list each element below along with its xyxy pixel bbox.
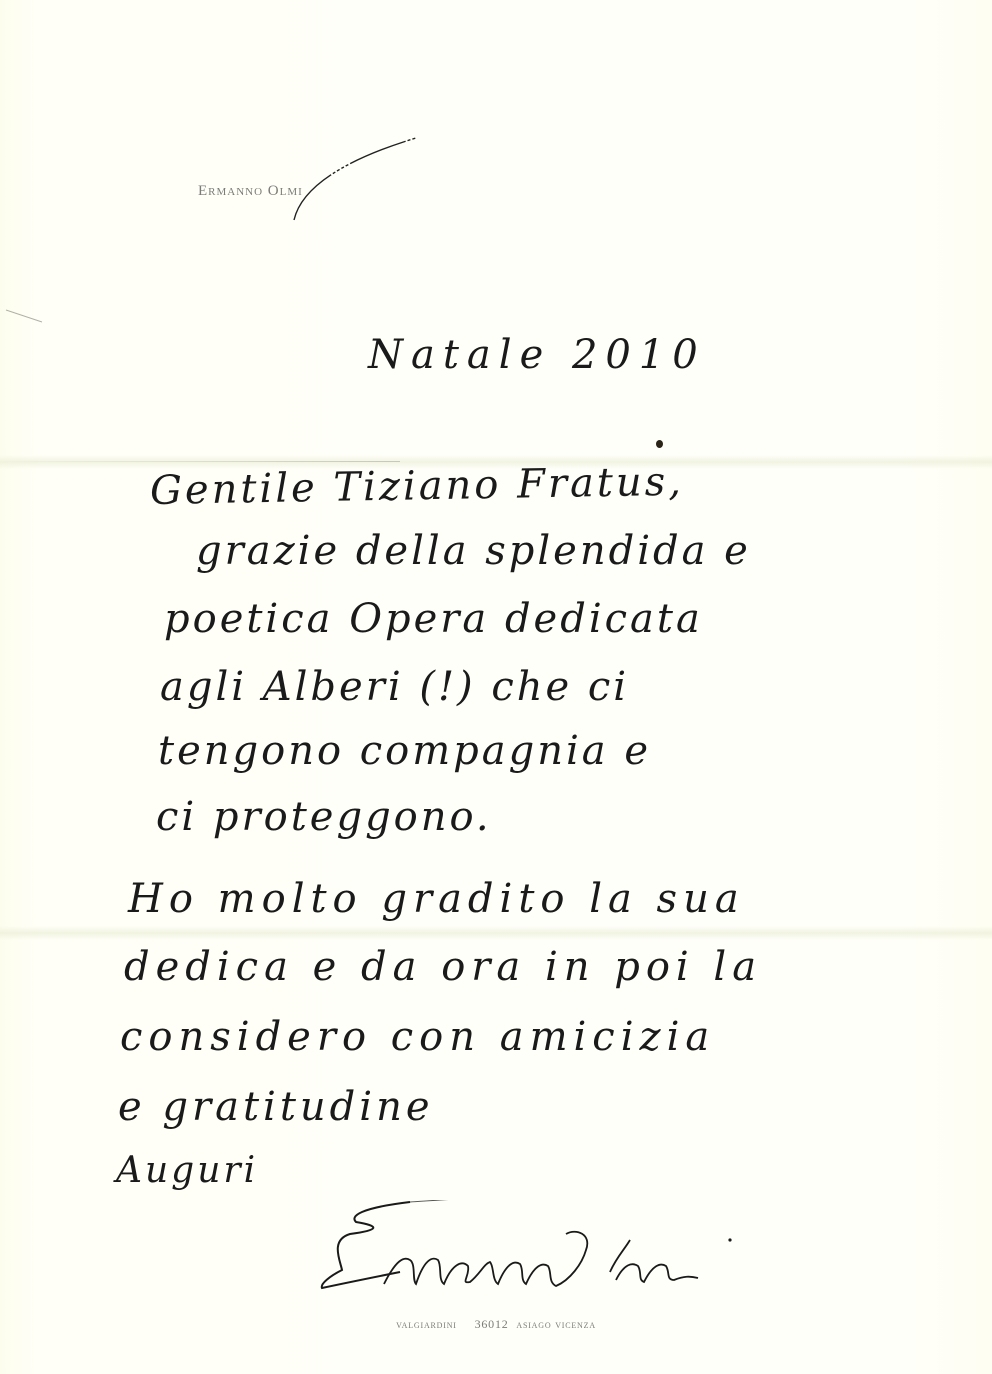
address-postcode: 36012 [475, 1317, 509, 1332]
letter-date: Natale 2010 [368, 332, 706, 378]
pen-stroke [290, 134, 420, 224]
letterhead-name: Ermanno Olmi [198, 183, 303, 200]
letter-line: ci proteggono. [156, 794, 492, 840]
letter-line: Gentile Tiziano Fratus, [150, 459, 685, 514]
address-place: Valgiardini [396, 1317, 457, 1332]
letter-line: tengono compagnia e [158, 728, 651, 774]
letter-line: considero con amicizia [120, 1014, 715, 1060]
address-city: Asiago Vicenza [516, 1317, 596, 1332]
letter-line: grazie della splendida e [196, 528, 751, 574]
signature [320, 1200, 860, 1300]
letter-line: e gratitudine [118, 1084, 434, 1130]
paper-fold-crease [0, 461, 400, 462]
letter-closing: Auguri [116, 1150, 258, 1191]
letter-line: Ho molto gradito la sua [128, 876, 745, 922]
letter-page: Ermanno Olmi Natale 2010 Gentile Tiziano… [0, 0, 992, 1374]
margin-mark [4, 306, 44, 326]
letterhead-address: Valgiardini 36012 Asiago Vicenza [0, 1317, 992, 1332]
letter-line: poetica Opera dedicata [164, 596, 703, 642]
paper-fold-bottom [0, 926, 992, 940]
letter-line: dedica e da ora in poi la [124, 944, 762, 990]
ink-spot [656, 440, 663, 448]
letter-line: agli Alberi (!) che ci [160, 664, 629, 710]
